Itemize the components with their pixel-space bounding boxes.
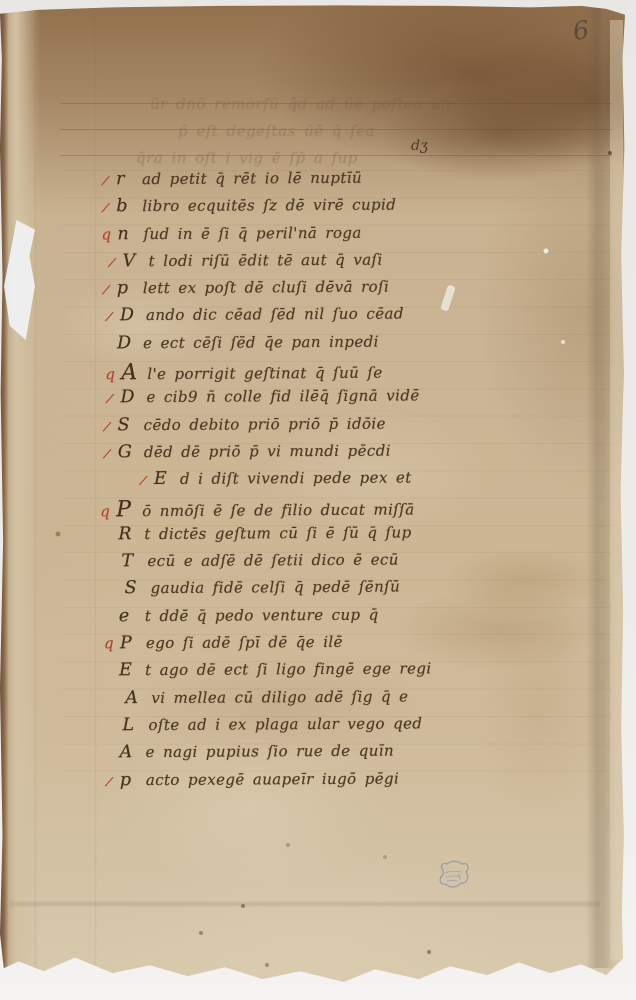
line-initial: V	[123, 251, 149, 271]
line-text: ecū e adſē dē ſetii dico ē ecū	[147, 551, 398, 571]
specks-and-spots	[0, 0, 2, 2]
manuscript-line: De ect cēſi ſēd q̄e pan inpedi	[117, 331, 517, 361]
line-text: oſte ad i ex plaga ular vego qed	[148, 714, 422, 734]
line-initial: P	[116, 497, 142, 522]
manuscript-line: Loſte ad i ex plaga ular vego qed	[122, 713, 519, 743]
manuscript-line: qnſud in ē ſi q̄ peril'nā roga	[119, 221, 516, 251]
text-block: /rad petit q̄ rēt io lē nuptīū/blibro ec…	[116, 167, 520, 797]
line-initial: r	[116, 169, 142, 189]
manuscript-line: Ae nagi pupius ſio rue de quīn	[120, 740, 520, 770]
photograph-backdrop: ūr dnō remorſū q̄d ad ūē poſtea unp̄ eſt…	[0, 0, 636, 1000]
manuscript-line: /rad petit q̄ rēt io lē nuptīū	[116, 167, 516, 197]
manuscript-line: /Vt lodi riſū ēdit tē aut q̄ vaſi	[123, 249, 517, 279]
paraph-mark: q	[104, 634, 120, 652]
paraph-mark: q	[101, 225, 117, 243]
manuscript-line: /pacto pexegē auapeīr iugō pēgi	[120, 767, 520, 797]
line-initial: E	[154, 469, 180, 489]
manuscript-line: /Ed i diſt vivendi pede pex et	[154, 467, 518, 497]
line-initial: b	[116, 196, 142, 216]
line-initial: E	[119, 660, 145, 680]
line-text: e ect cēſi ſēd q̄e pan inpedi	[143, 332, 379, 351]
line-initial: G	[118, 442, 144, 462]
manuscript-line: Et ago dē ect ſi ligo fingē ege regi	[119, 658, 519, 688]
manuscript-line: et ddē q̄ pedo venture cup q̄	[119, 604, 519, 634]
line-text: ego ſi adē ſpī dē q̄e ilē	[146, 633, 343, 652]
line-text: ando dic cēad ſēd nil ſuo cēad	[146, 305, 404, 325]
manuscript-line: /Scēdo debito priō priō p̄ idōie	[118, 412, 518, 442]
line-initial: e	[119, 606, 145, 626]
manuscript-line: /De cib9 n̄ colle fid ilēq̄ ſignā vidē	[120, 385, 517, 415]
line-text: lett ex poſt dē cluſi dēvā roſi	[143, 278, 390, 298]
line-text: t lodi riſū ēdit tē aut q̄ vaſi	[149, 250, 383, 269]
line-initial: D	[120, 306, 146, 326]
line-text: t ddē q̄ pedo venture cup q̄	[145, 605, 379, 624]
line-text: l'e porrigit geſtinat q̄ ſuū ſe	[147, 364, 382, 383]
manuscript-line: qPego ſi adē ſpī dē q̄e ilē	[122, 631, 519, 661]
line-initial: p	[117, 278, 143, 298]
line-text: cēdo debito priō priō p̄ idōie	[144, 414, 386, 433]
line-initial: A	[121, 360, 147, 385]
line-initial: L	[122, 715, 148, 735]
manuscript-line: Sgaudia fidē celſi q̄ pedē ſēnſū	[125, 576, 519, 606]
line-initial: R	[118, 524, 144, 544]
line-initial: P	[120, 633, 146, 653]
line-text: ſud in ē ſi q̄ peril'nā roga	[143, 223, 361, 242]
manuscript-line: /Gdēd dē priō p̄ vi mundi pēcdi	[118, 440, 518, 470]
manuscript-line: Rt dictēs geſtum cū ſi ē ſū q̄ ſup	[118, 522, 518, 552]
manuscript-line: /blibro ecquitēs ſz dē virē cupid	[116, 194, 516, 224]
line-text: libro ecquitēs ſz dē virē cupid	[142, 196, 396, 216]
line-initial: T	[121, 551, 147, 571]
line-initial: A	[120, 742, 146, 762]
line-text: t dictēs geſtum cū ſi ē ſū q̄ ſup	[144, 523, 411, 543]
parchment-leaf: ūr dnō remorſū q̄d ad ūē poſtea unp̄ eſt…	[0, 0, 625, 983]
manuscript-line: /Dando dic cēad ſēd nil ſuo cēad	[120, 303, 517, 333]
line-text: ō nmōſi ē ſe de filio ducat miſſā	[142, 500, 414, 520]
line-text: gaudia fidē celſi q̄ pedē ſēnſū	[151, 578, 401, 598]
line-initial: D	[117, 333, 143, 353]
line-text: dēd dē priō p̄ vi mundi pēcdi	[144, 442, 391, 462]
gutter-shadow	[0, 0, 9, 948]
line-text: t ago dē ect ſi ligo fingē ege regi	[145, 660, 432, 680]
manuscript-line: qPō nmōſi ē ſe de filio ducat miſſā	[118, 494, 518, 524]
line-initial: S	[125, 578, 151, 598]
faded-text-block: ūr dnō remorſū q̄d ad ūē poſtea unp̄ eſt…	[150, 91, 451, 172]
manuscript-line: Avi mellea cū diligo adē ſig q̄ e	[125, 685, 519, 715]
line-text: e nagi pupius ſio rue de quīn	[146, 742, 395, 762]
line-text: d i diſt vivendi pede pex et	[180, 469, 412, 488]
line-initial: n	[117, 224, 143, 244]
marginal-ink-mark: dʒ	[411, 138, 428, 154]
manuscript-line: qAl'e porrigit geſtinat q̄ ſuū ſe	[123, 358, 517, 388]
line-initial: A	[125, 688, 151, 708]
bottom-crease	[10, 900, 600, 908]
line-text: acto pexegē auapeīr iugō pēgi	[146, 769, 399, 789]
line-initial: S	[118, 415, 144, 435]
line-initial: D	[120, 387, 146, 407]
paraph-mark: q	[100, 502, 116, 520]
line-text: vi mellea cū diligo adē ſig q̄ e	[151, 687, 408, 707]
manuscript-line: Tecū e adſē dē ſetii dico ē ecū	[121, 549, 518, 579]
paraph-mark: q	[105, 365, 121, 383]
red-touch-mark: /	[139, 474, 143, 489]
faded-manuscript-line: ūr dnō remorſū q̄d ad ūē poſtea un	[150, 91, 451, 118]
library-stamp-icon	[437, 860, 471, 891]
manuscript-line: /plett ex poſt dē cluſi dēvā roſi	[117, 276, 517, 306]
line-initial: p	[120, 770, 146, 790]
line-text: ad petit q̄ rēt io lē nuptīū	[142, 169, 362, 188]
line-text: e cib9 n̄ colle fid ilēq̄ ſignā vidē	[146, 387, 419, 407]
